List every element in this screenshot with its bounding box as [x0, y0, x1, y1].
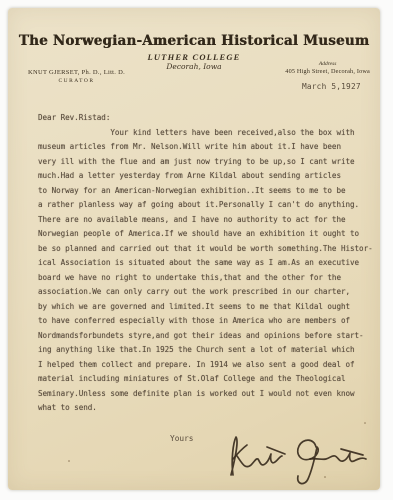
signature-knut-gjerset: [222, 428, 372, 488]
body-line: Seminary.Unless some definite plan is wo…: [38, 387, 382, 402]
salutation: Dear Rev.Ristad:: [38, 111, 382, 126]
paper-speck: [352, 460, 354, 462]
body-line: Norwegian people of America.If we should…: [38, 227, 382, 242]
body-line: be so planned and carried out that it wo…: [38, 242, 382, 257]
paper-speck: [324, 476, 326, 478]
body-line: much.Had a letter yesterday from Arne Ki…: [38, 169, 382, 184]
body-line: board we have no right to undertake this…: [38, 271, 382, 286]
body-line: I helped them collect and prepare. In 19…: [38, 358, 382, 373]
curator-block: KNUT GJERSET, Ph. D., Litt. D. CURATOR: [28, 69, 125, 84]
body-line: association.We can only carry out the wo…: [38, 285, 382, 300]
body-line: very ill with the flue and am just now t…: [38, 155, 382, 170]
body-line: Your kind letters have been received,als…: [38, 126, 382, 141]
address-line: 405 High Street, Decorah, Iowa: [285, 68, 370, 75]
body-line: what to send.: [38, 401, 382, 416]
body-line: ical Association is situated about the s…: [38, 256, 382, 271]
address-block: Address 405 High Street, Decorah, Iowa: [285, 61, 370, 75]
curator-name: KNUT GJERSET, Ph. D., Litt. D.: [28, 69, 125, 76]
body-line: by which we are governed and limited.It …: [38, 300, 382, 315]
body-line: ing anything like that.In 1925 the Churc…: [38, 343, 382, 358]
body-line: to have conferred especially with those …: [38, 314, 382, 329]
letter-date: March 5,1927: [302, 82, 361, 91]
body-line: a rather planless way af going about it.…: [38, 198, 382, 213]
closing-yours: Yours: [170, 434, 193, 443]
scan-background: The Norwegian-American Historical Museum…: [0, 0, 393, 500]
curator-title: CURATOR: [28, 78, 125, 84]
body-line: Nordmandsforbundets styre,and got their …: [38, 329, 382, 344]
body-line: to Norway for an American-Norwegian exhi…: [38, 184, 382, 199]
paper-speck: [364, 422, 366, 424]
body-line: There are no available means, and I have…: [38, 213, 382, 228]
letter-paper: The Norwegian-American Historical Museum…: [8, 8, 380, 490]
museum-title: The Norwegian-American Historical Museum: [8, 33, 380, 49]
paper-speck: [68, 460, 70, 462]
address-label: Address: [285, 61, 370, 67]
letter-body: Dear Rev.Ristad: Your kind letters have …: [38, 111, 382, 416]
body-line: museum articles from Mr. Nelson.Will wri…: [38, 140, 382, 155]
body-line: material including miniatures of St.Olaf…: [38, 372, 382, 387]
